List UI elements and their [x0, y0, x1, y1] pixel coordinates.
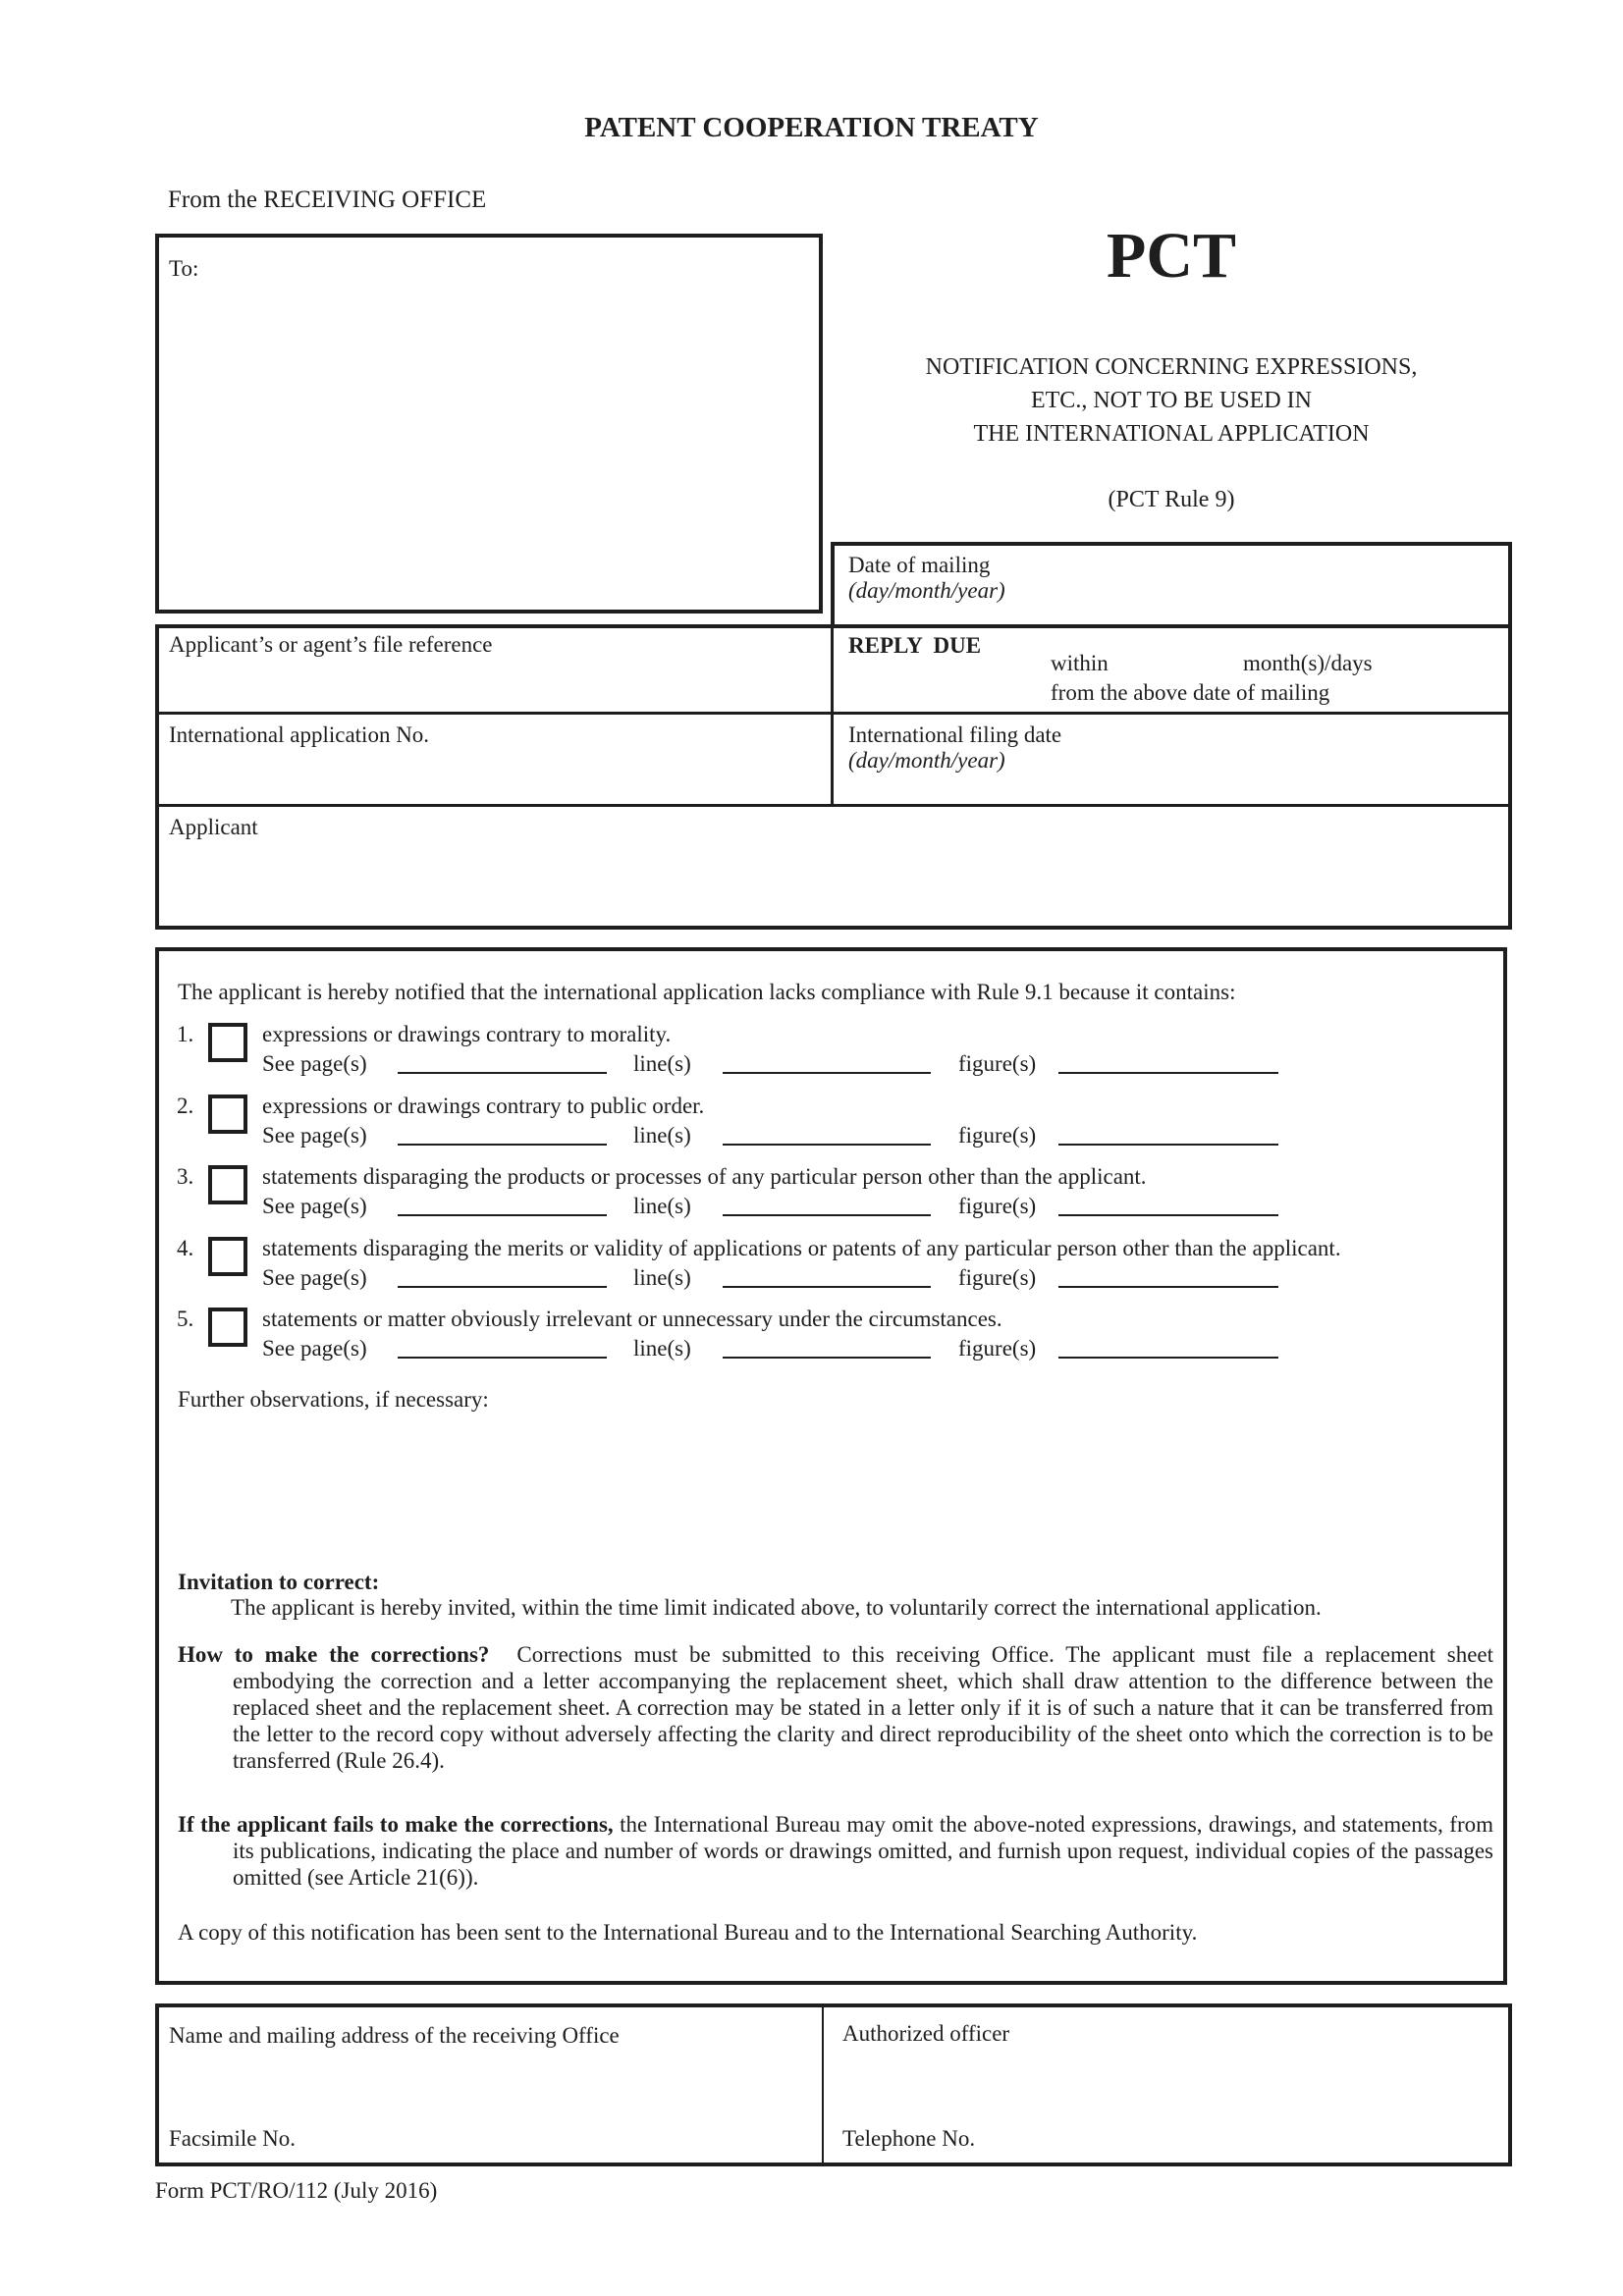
failure-heading: If the applicant fails to make the corre…: [178, 1812, 614, 1837]
further-observations-label: Further observations, if necessary:: [178, 1386, 489, 1413]
failure-paragraph: If the applicant fails to make the corre…: [178, 1811, 1493, 1891]
lines-label: line(s): [633, 1335, 691, 1362]
copy-note: A copy of this notification has been sen…: [178, 1919, 1197, 1946]
figures-input[interactable]: [1058, 1286, 1278, 1288]
item-text: expressions or drawings contrary to publ…: [262, 1093, 704, 1119]
figures-input[interactable]: [1058, 1072, 1278, 1074]
how-to-correct-paragraph: How to make the corrections?Corrections …: [178, 1641, 1493, 1774]
date-of-mailing-label: Date of mailing: [848, 552, 990, 578]
further-observations-field[interactable]: [178, 1415, 1493, 1563]
figures-label: figure(s): [958, 1264, 1036, 1291]
figures-label: figure(s): [958, 1335, 1036, 1362]
form-identifier: Form PCT/RO/112 (July 2016): [155, 2177, 437, 2204]
pages-input[interactable]: [398, 1072, 607, 1074]
lines-input[interactable]: [723, 1357, 931, 1359]
see-pages-label: See page(s): [262, 1193, 367, 1219]
notification-title-line-2: ETC., NOT TO BE USED IN: [833, 386, 1510, 415]
item-text: statements disparaging the products or p…: [262, 1163, 1147, 1190]
reply-due-label: REPLY DUE: [848, 632, 981, 659]
item-checkbox[interactable]: [208, 1023, 247, 1062]
lines-input[interactable]: [723, 1072, 931, 1074]
see-pages-label: See page(s): [262, 1335, 367, 1362]
see-pages-label: See page(s): [262, 1050, 367, 1077]
applicant-label: Applicant: [169, 814, 258, 840]
file-reference-label: Applicant’s or agent’s file reference: [169, 631, 493, 658]
from-receiving-office: From the RECEIVING OFFICE: [168, 187, 486, 213]
item-checkbox[interactable]: [208, 1095, 247, 1134]
pct-logo: PCT: [833, 218, 1510, 294]
receiving-office-label: Name and mailing address of the receivin…: [169, 2022, 620, 2049]
figures-label: figure(s): [958, 1122, 1036, 1148]
lines-label: line(s): [633, 1122, 691, 1148]
lines-input[interactable]: [723, 1286, 931, 1288]
how-to-correct-heading: How to make the corrections?: [178, 1642, 489, 1667]
date-of-mailing-hint: (day/month/year): [848, 577, 1005, 604]
pages-input[interactable]: [398, 1144, 607, 1146]
figures-input[interactable]: [1058, 1357, 1278, 1359]
item-number: 4.: [177, 1235, 193, 1261]
item-text: statements disparaging the merits or val…: [262, 1235, 1341, 1261]
international-filing-date-label: International filing date: [848, 721, 1061, 748]
figures-label: figure(s): [958, 1050, 1036, 1077]
to-label: To:: [169, 255, 198, 282]
item-number: 1.: [177, 1021, 193, 1047]
reply-due-unit: month(s)/days: [1243, 650, 1373, 676]
figures-input[interactable]: [1058, 1214, 1278, 1216]
applicant-field[interactable]: [159, 807, 1508, 926]
pages-input[interactable]: [398, 1357, 607, 1359]
item-checkbox[interactable]: [208, 1165, 247, 1204]
lines-label: line(s): [633, 1264, 691, 1291]
international-filing-date-hint: (day/month/year): [848, 747, 1005, 774]
notification-title-line-3: THE INTERNATIONAL APPLICATION: [833, 419, 1510, 449]
item-checkbox[interactable]: [208, 1308, 247, 1347]
international-application-no-label: International application No.: [169, 721, 429, 748]
grid-divider: [831, 624, 834, 807]
item-checkbox[interactable]: [208, 1237, 247, 1276]
pages-input[interactable]: [398, 1214, 607, 1216]
figures-input[interactable]: [1058, 1144, 1278, 1146]
item-number: 2.: [177, 1093, 193, 1119]
pct-rule-reference: (PCT Rule 9): [833, 485, 1510, 514]
authorized-officer-label: Authorized officer: [842, 2020, 1009, 2047]
invitation-text: The applicant is hereby invited, within …: [231, 1594, 1322, 1621]
reply-due-from: from the above date of mailing: [1051, 679, 1329, 706]
facsimile-label: Facsimile No.: [169, 2125, 296, 2152]
lines-input[interactable]: [723, 1144, 931, 1146]
item-number: 3.: [177, 1163, 193, 1190]
lines-input[interactable]: [723, 1214, 931, 1216]
telephone-label: Telephone No.: [842, 2125, 975, 2152]
see-pages-label: See page(s): [262, 1264, 367, 1291]
reply-due-within: within: [1051, 650, 1109, 676]
invitation-heading: Invitation to correct:: [178, 1569, 379, 1595]
lines-label: line(s): [633, 1193, 691, 1219]
notification-title-line-1: NOTIFICATION CONCERNING EXPRESSIONS,: [833, 352, 1510, 382]
document-title: PATENT COOPERATION TREATY: [0, 111, 1623, 144]
item-text: statements or matter obviously irrelevan…: [262, 1306, 1002, 1332]
see-pages-label: See page(s): [262, 1122, 367, 1148]
lines-label: line(s): [633, 1050, 691, 1077]
item-text: expressions or drawings contrary to mora…: [262, 1021, 671, 1047]
item-number: 5.: [177, 1306, 193, 1332]
bottom-divider: [822, 2003, 824, 2166]
figures-label: figure(s): [958, 1193, 1036, 1219]
notice-intro: The applicant is hereby notified that th…: [178, 979, 1235, 1005]
to-address-box[interactable]: [155, 234, 823, 614]
pages-input[interactable]: [398, 1286, 607, 1288]
